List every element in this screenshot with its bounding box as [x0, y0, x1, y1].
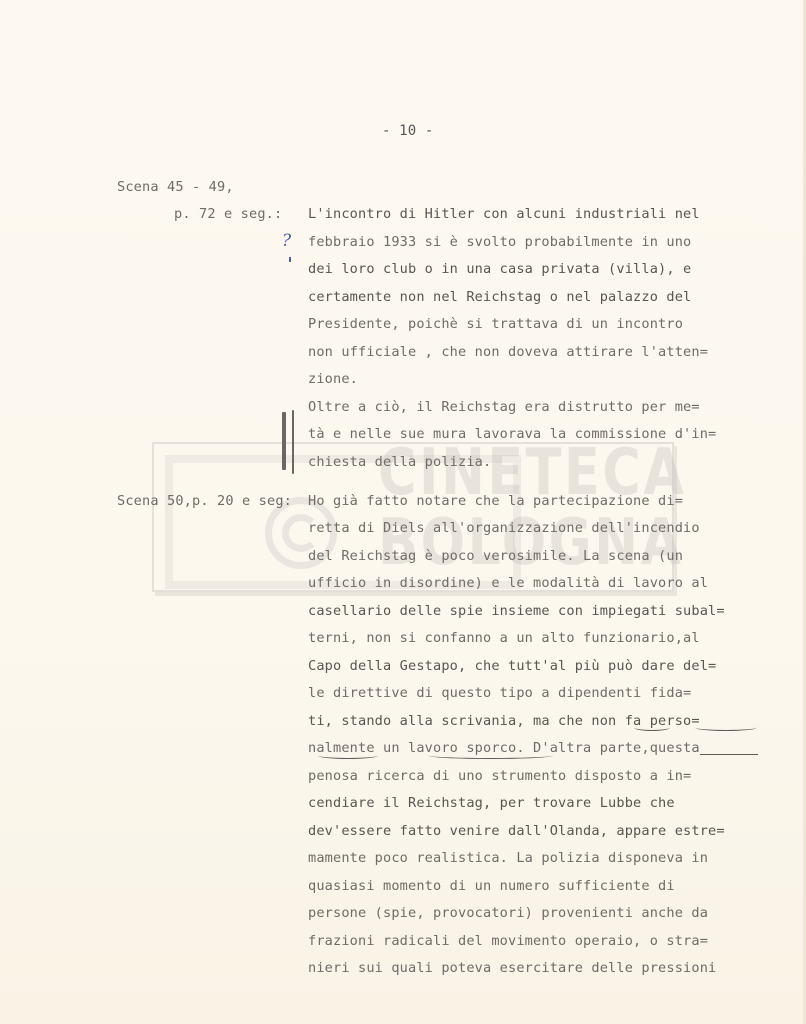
text-line: zione.	[308, 370, 358, 388]
section-subheading: p. 72 e seg.:	[174, 205, 282, 223]
text-line: febbraio 1933 si è svolto probabilmente …	[308, 233, 691, 251]
pen-underline-perso	[695, 724, 757, 731]
pen-underline-non-fa	[634, 724, 670, 731]
text-line: le direttive di questo tipo a dipendenti…	[308, 684, 691, 702]
text-line: casellario delle spie insieme con impieg…	[308, 602, 725, 620]
margin-question-mark: ?	[282, 231, 291, 251]
text-line: dei loro club o in una casa privata (vil…	[308, 260, 691, 278]
margin-pen-tick	[289, 257, 291, 262]
text-line: frazioni radicali del movimento operaio,…	[308, 932, 708, 950]
text-line: L'incontro di Hitler con alcuni industri…	[308, 205, 700, 223]
section-heading: Scena 45 - 49,	[117, 178, 234, 196]
page-number: - 10 -	[382, 122, 433, 140]
watermark-text-bologna: BOLOGNA	[378, 506, 684, 580]
text-line: mamente poco realistica. La polizia disp…	[308, 849, 708, 867]
text-line: tà e nelle sue mura lavorava la commissi…	[308, 425, 716, 443]
text-line: ufficio in disordine) e le modalità di l…	[308, 574, 708, 592]
text-line: non ufficiale , che non doveva attirare …	[308, 343, 708, 361]
text-line: quasiasi momento di un numero sufficient…	[308, 877, 675, 895]
text-line: retta di Diels all'organizzazione dell'i…	[308, 519, 700, 537]
text-line: dev'essere fatto venire dall'Olanda, app…	[308, 822, 725, 840]
text-line: cendiare il Reichstag, per trovare Lubbe…	[308, 794, 675, 812]
text-line: terni, non si confanno a un alto funzion…	[308, 629, 700, 647]
text-line: certamente non nel Reichstag o nel palaz…	[308, 288, 691, 306]
pen-underline-questa	[700, 748, 758, 755]
text-line: Oltre a ciò, il Reichstag era distrutto …	[308, 398, 700, 416]
pen-underline-lavoro-sporco	[428, 752, 553, 759]
text-line: del Reichstag è poco verosimile. La scen…	[308, 547, 683, 565]
text-line: Ho già fatto notare che la partecipazion…	[308, 492, 683, 510]
text-line: persone (spie, provocatori) provenienti …	[308, 904, 708, 922]
text-line: penosa ricerca di uno strumento disposto…	[308, 767, 691, 785]
text-line: Capo della Gestapo, che tutt'al più può …	[308, 657, 716, 675]
text-line: nieri sui quali poteva esercitare delle …	[308, 959, 716, 977]
text-line: chiesta della polizia.	[308, 453, 491, 471]
text-line: Presidente, poichè si trattava di un inc…	[308, 315, 683, 333]
pen-underline-nalmente	[318, 752, 378, 759]
section-heading: Scena 50,p. 20 e seg:	[117, 492, 292, 510]
document-page: CINETECA BOLOGNA - 10 - Scena 45 - 49, p…	[0, 0, 806, 1024]
